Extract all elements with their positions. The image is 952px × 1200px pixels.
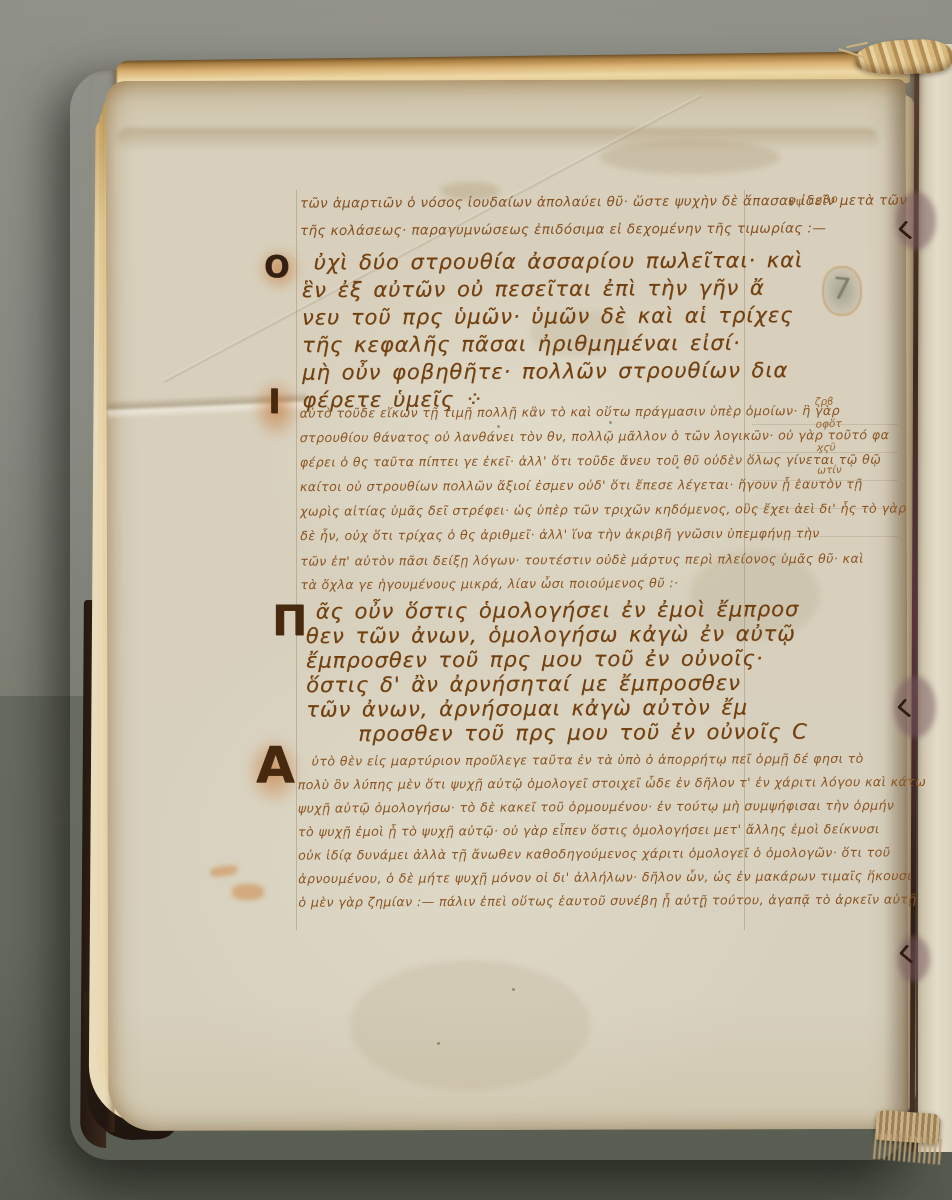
manuscript-photo: τῶν ἁμαρτιῶν ὁ νόσος ἰουδαίων ἀπολαύει θ… xyxy=(0,0,952,1200)
manuscript-text-line: ὐχὶ δύο στρουθία ἀσσαρίου πωλεῖται· καὶ xyxy=(302,247,752,277)
manuscript-text-line: ϗϛϋ xyxy=(816,436,861,461)
ink-speck xyxy=(437,1042,440,1045)
drop-cap-alpha: Α xyxy=(256,736,295,794)
commentary-intro-block: τῶν ἁμαρτιῶν ὁ νόσος ἰουδαίων ἀπολαύει θ… xyxy=(300,187,752,245)
gospel-lemma-block-1: ὐχὶ δύο στρουθία ἀσσαρίου πωλεῖται· καὶἓ… xyxy=(302,247,753,415)
showthrough-stain: 7 xyxy=(822,266,862,316)
showthrough-glyph: 7 xyxy=(830,271,853,308)
commentary-block-1: αὐτὸ τοῦδε εἴκων τῇ τιμῇ πολλῇ κἂν τὸ κα… xyxy=(299,399,752,598)
ruling-line-vertical xyxy=(296,190,297,930)
gospel-lemma-block-2: ᾶς οὖν ὅστις ὁμολογήσει ἐν ἐμοὶ ἔμπροσθε… xyxy=(306,597,755,747)
manuscript-text-line: ωτίν xyxy=(817,458,862,483)
marginal-note: ζρϐοφὅτϗϛϋωτίν xyxy=(814,389,861,482)
manuscript-text-line: οὐκ ἰδίᾳ δυνάμει ἀλλὰ τῇ ἄνωθεν καθοδηγο… xyxy=(298,841,754,867)
manuscript-text-line: νευ τοῦ πρς ὑμῶν· ὑμῶν δὲ καὶ αἱ τρίχες xyxy=(302,303,752,333)
manuscript-text-line: τῶν ἀνων, ἀρνήσομαι κἀγὼ αὐτὸν ἔμ xyxy=(306,696,754,723)
manuscript-text-line: μὴ οὖν φοβηθῆτε· πολλῶν στρουθίων δια xyxy=(302,358,752,388)
drop-cap-omicron: Ο xyxy=(264,250,290,285)
manuscript-text-line: προσθεν τοῦ πρς μου τοῦ ἐν οὐνοῖς Ϲ xyxy=(306,720,754,747)
manuscript-text-line: ζρϐ xyxy=(814,390,859,415)
manuscript-text-line: τὰ ὄχλα γε ἡγουμένους μικρά, λίαν ὦσι πο… xyxy=(300,571,752,598)
manuscript-text-line: ψυχῇ αὐτῷ ὁμολογήσω· τὸ δὲ κακεῖ τοῦ ὁρμ… xyxy=(298,794,754,820)
drop-cap-pi: Π xyxy=(272,596,307,645)
manuscript-text-line: ὅστις δ' ἂν ἀρνήσηταί με ἔμπροσθεν xyxy=(306,671,754,698)
drop-cap-iota: Ι xyxy=(268,382,281,422)
manuscript-text-line: θεν τῶν ἀνων, ὁμολογήσω κἀγὼ ἐν αὐτῷ xyxy=(306,621,754,648)
manuscript-text-line: τῶν ἁμαρτιῶν ὁ νόσος ἰουδαίων ἀπολαύει θ… xyxy=(300,187,752,217)
manuscript-text-line: φέρει ὁ θς ταῦτα πίπτει γε ἐκεῖ· ἀλλ' ὅτ… xyxy=(300,449,752,476)
manuscript-text-line: ἀρνουμένου, ὁ δὲ μήτε ψυχῇ μόνον οἱ δι' … xyxy=(298,864,754,890)
manuscript-text-line: ἓν ἐξ αὐτῶν οὐ πεσεῖται ἐπὶ τὴν γῆν ἄ xyxy=(302,274,752,304)
manuscript-text-line: αὐτὸ τοῦδε εἴκων τῇ τιμῇ πολλῇ κἂν τὸ κα… xyxy=(299,399,751,426)
manuscript-text-line: δὲ ἦν, οὐχ ὅτι τρίχας ὁ θς ἀριθμεῖ· ἀλλ'… xyxy=(300,522,752,549)
manuscript-text-line: καίτοι οὐ στρουθίων πολλῶν ἄξιοί ἐσμεν ο… xyxy=(300,473,752,500)
manuscript-text-line: ἔμπροσθεν τοῦ πρς μου τοῦ ἐν οὐνοῖς· xyxy=(306,647,754,674)
stain xyxy=(600,140,780,174)
manuscript-text-line: τῆς κολάσεως· παραγυμνώσεως ἐπιδόσιμα εἰ… xyxy=(300,215,752,245)
tailband-fringe xyxy=(873,1133,945,1165)
manuscript-text-line: πολὺ ὂν λύπης μὲν ὅτι ψυχῇ αὐτῷ ὁμολογεῖ… xyxy=(298,770,754,796)
manuscript-text-line: οφὅτ xyxy=(815,412,860,437)
manuscript-text-line: χωρὶς αἰτίας ὑμᾶς δεῖ στρέφει· ὡς ὑπὲρ τ… xyxy=(300,498,752,525)
ink-speck xyxy=(512,988,515,991)
manuscript-text-line: τῆς κεφαλῆς πᾶσαι ἠριθμημέναι εἰσί· xyxy=(302,330,752,360)
manuscript-text-line: ᾶς οὖν ὅστις ὁμολογήσει ἐν ἐμοὶ ἔμπροσ xyxy=(306,597,754,624)
margin-smudge xyxy=(232,884,264,900)
manuscript-text-line: ὐτὸ θὲν εἰς μαρτύριον προὔλεγε ταῦτα ἐν … xyxy=(298,747,754,773)
manuscript-text-line: τὸ ψυχῇ ἐμοὶ ᾖ τὸ ψυχῇ αὐτῷ· οὐ γὰρ εἶπε… xyxy=(298,817,754,843)
manuscript-text-line: ὁ μὲν γὰρ ζημίαν :— πάλιν ἐπεὶ οὕτως ἑαυ… xyxy=(298,888,754,914)
manuscript-text-line: τῶν ἐπ' αὐτὸν πᾶσι δείξῃ λόγων· τουτέστι… xyxy=(300,547,752,574)
manuscript-text-line: στρουθίου θάνατος οὐ λανθάνει τὸν θν, πο… xyxy=(300,423,752,450)
frayed-headband xyxy=(853,38,952,75)
commentary-block-2: ὐτὸ θὲν εἰς μαρτύριον προὔλεγε ταῦτα ἐν … xyxy=(298,747,755,914)
stain xyxy=(350,960,590,1090)
